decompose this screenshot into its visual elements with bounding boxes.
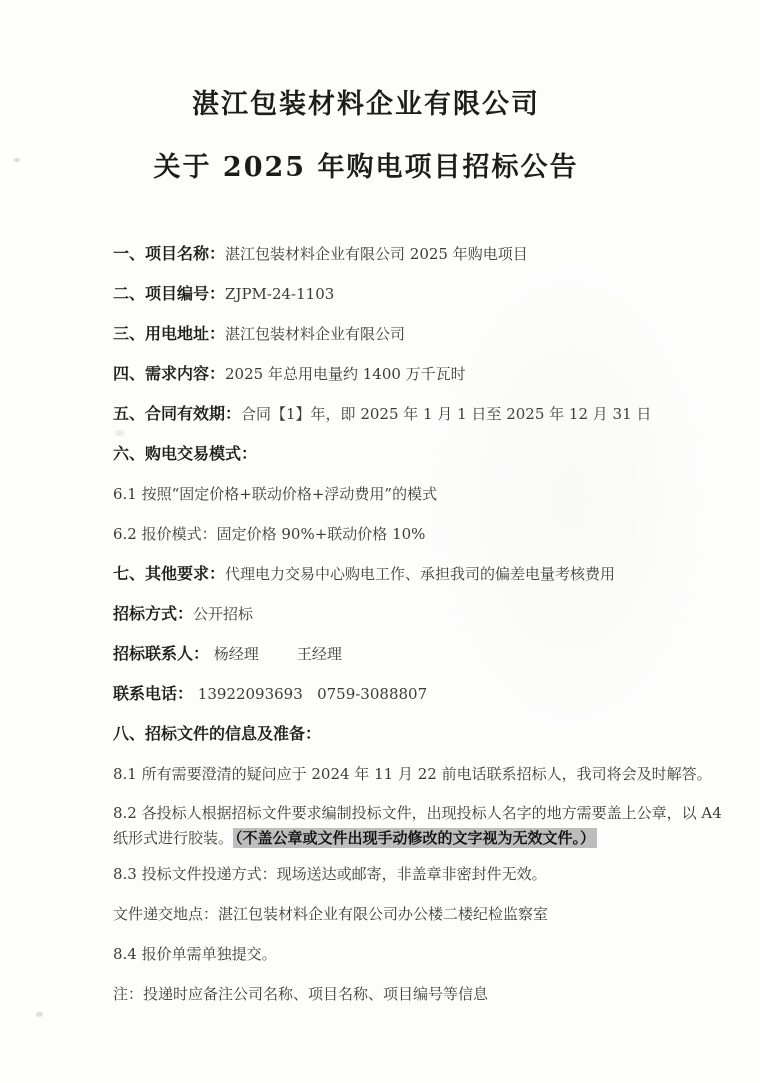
- para-project-number-label: 二、项目编号：: [113, 284, 225, 303]
- para-project-number-value: ZJPM-24-1103: [225, 285, 334, 303]
- para-project-name: 一、项目名称：湛江包装材料企业有限公司 2025 年购电项目: [113, 241, 690, 267]
- para-bidding-method-label: 招标方式：: [113, 604, 193, 623]
- para-contact-phone-value: 13922093693 0759-3088807: [193, 685, 427, 703]
- para-6-1-text: 6.1 按照“固定价格+联动价格+浮动费用”的模式: [113, 485, 437, 503]
- para-other-requirements-label: 七、其他要求：: [113, 564, 225, 583]
- para-8-1-text: 8.1 所有需要澄清的疑问应于 2024 年 11 月 22 前电话联系招标人，…: [113, 765, 712, 783]
- para-contract-validity-label: 五、合同有效期：: [113, 404, 241, 423]
- document-header: 湛江包装材料企业有限公司 关于 2025 年购电项目招标公告: [0, 88, 760, 185]
- para-contract-validity-value: 合同【1】年，即 2025 年 1 月 1 日至 2025 年 12 月 31 …: [241, 405, 651, 423]
- doc-title-subject: 关于 2025 年购电项目招标公告: [0, 151, 732, 185]
- para-project-name-label: 一、项目名称：: [113, 244, 225, 263]
- scan-speck: [115, 430, 124, 436]
- para-note-text: 注：投递时应备注公司名称、项目名称、项目编号等信息: [113, 985, 488, 1003]
- para-electricity-address: 三、用电地址：湛江包装材料企业有限公司: [113, 321, 690, 347]
- para-6-2: 6.2 报价模式：固定价格 90%+联动价格 10%: [113, 521, 690, 547]
- para-8-3: 8.3 投标文件投递方式：现场送达或邮寄，非盖章非密封件无效。: [113, 861, 690, 887]
- para-6-1: 6.1 按照“固定价格+联动价格+浮动费用”的模式: [113, 481, 690, 507]
- doc-title-company: 湛江包装材料企业有限公司: [0, 88, 732, 122]
- para-8-4-text: 8.4 报价单需单独提交。: [113, 945, 277, 963]
- para-contact-phone-label: 联系电话：: [113, 684, 193, 703]
- para-electricity-address-value: 湛江包装材料企业有限公司: [225, 325, 405, 343]
- para-delivery-location: 文件递交地点：湛江包装材料企业有限公司办公楼二楼纪检监察室: [113, 901, 690, 927]
- para-8-2-highlight: （不盖公章或文件出现手动修改的文字视为无效文件。）: [233, 828, 597, 848]
- para-demand-content-label: 四、需求内容：: [113, 364, 225, 383]
- para-note: 注：投递时应备注公司名称、项目名称、项目编号等信息: [113, 981, 690, 1007]
- para-delivery-location-text: 文件递交地点：湛江包装材料企业有限公司办公楼二楼纪检监察室: [113, 905, 548, 923]
- para-project-number: 二、项目编号：ZJPM-24-1103: [113, 281, 690, 307]
- para-trade-mode-heading: 六、购电交易模式：: [113, 441, 690, 467]
- para-demand-content-value: 2025 年总用电量约 1400 万千瓦时: [225, 365, 466, 383]
- para-bidding-method: 招标方式：公开招标: [113, 601, 690, 627]
- para-contract-validity: 五、合同有效期：合同【1】年，即 2025 年 1 月 1 日至 2025 年 …: [113, 401, 690, 427]
- para-8-2-line1: 8.2 各投标人根据招标文件要求编制投标文件，出现投标人名字的地方需要盖上公章，…: [113, 801, 690, 826]
- para-other-requirements-value: 代理电力交易中心购电工作、承担我司的偏差电量考核费用: [225, 565, 615, 583]
- para-bid-docs-heading: 八、招标文件的信息及准备：: [113, 721, 690, 747]
- para-bid-docs-heading-label: 八、招标文件的信息及准备：: [113, 724, 321, 743]
- para-other-requirements: 七、其他要求：代理电力交易中心购电工作、承担我司的偏差电量考核费用: [113, 561, 690, 587]
- para-8-4: 8.4 报价单需单独提交。: [113, 941, 690, 967]
- para-bidding-contacts: 招标联系人： 杨经理 王经理: [113, 641, 690, 667]
- para-8-2-line2: 纸形式进行胶装。（不盖公章或文件出现手动修改的文字视为无效文件。）: [113, 826, 690, 851]
- para-project-name-value: 湛江包装材料企业有限公司 2025 年购电项目: [225, 245, 528, 263]
- para-8-1: 8.1 所有需要澄清的疑问应于 2024 年 11 月 22 前电话联系招标人，…: [113, 761, 690, 787]
- para-contact-phone: 联系电话： 13922093693 0759-3088807: [113, 681, 690, 707]
- para-6-2-text: 6.2 报价模式：固定价格 90%+联动价格 10%: [113, 525, 425, 543]
- para-electricity-address-label: 三、用电地址：: [113, 324, 225, 343]
- para-bidding-method-value: 公开招标: [193, 605, 253, 623]
- para-bidding-contacts-value: 杨经理 王经理: [209, 645, 342, 663]
- scan-speck: [36, 1012, 43, 1017]
- para-demand-content: 四、需求内容：2025 年总用电量约 1400 万千瓦时: [113, 361, 690, 387]
- para-8-3-text: 8.3 投标文件投递方式：现场送达或邮寄，非盖章非密封件无效。: [113, 865, 547, 883]
- scanned-document-page: 湛江包装材料企业有限公司 关于 2025 年购电项目招标公告 一、项目名称：湛江…: [0, 0, 760, 1083]
- para-trade-mode-heading-label: 六、购电交易模式：: [113, 444, 257, 463]
- para-bidding-contacts-label: 招标联系人：: [113, 644, 209, 663]
- para-8-2: 8.2 各投标人根据招标文件要求编制投标文件，出现投标人名字的地方需要盖上公章，…: [113, 801, 690, 851]
- para-8-2-line2-prefix: 纸形式进行胶装。: [113, 829, 233, 847]
